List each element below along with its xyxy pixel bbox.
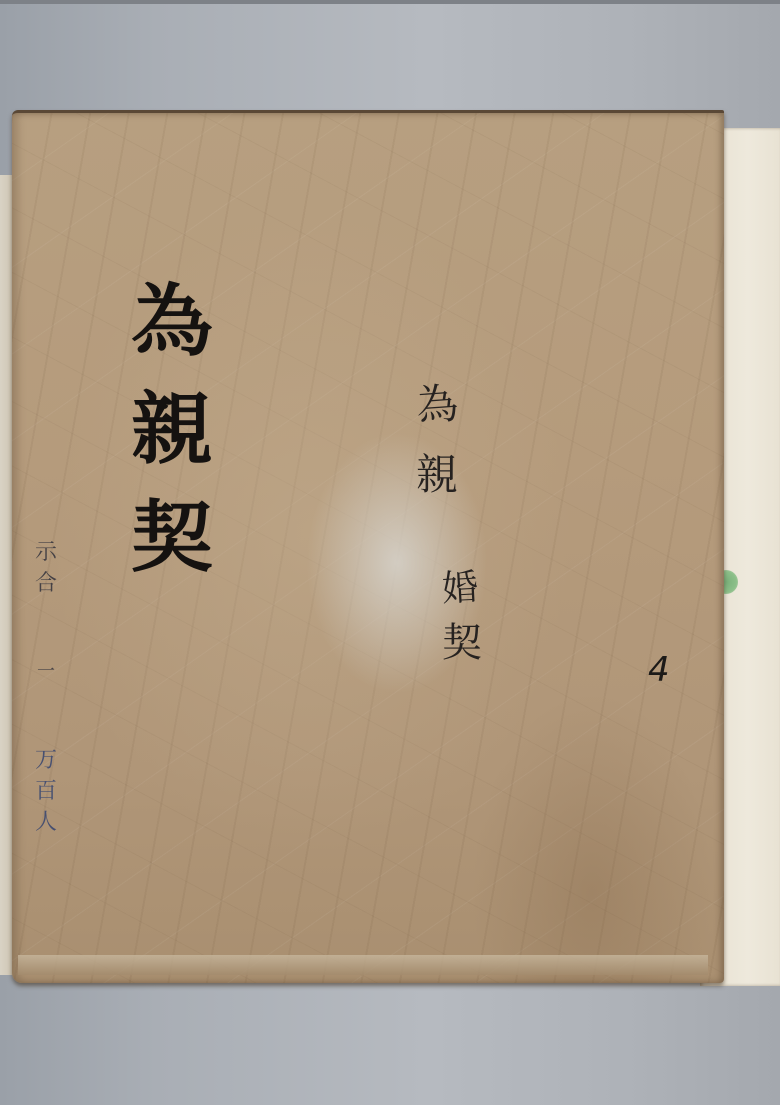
spine-mark: 合: [35, 566, 57, 597]
brush-title-char-3: 契: [131, 498, 213, 578]
handwritten-title-char-4: 契: [442, 611, 482, 668]
handwritten-title: 為 親 婚 契: [402, 372, 472, 668]
scanner-bed-edge: [0, 0, 780, 4]
handwritten-title-char-1: 為: [414, 371, 460, 434]
spine-mark: 人: [35, 805, 57, 836]
spine-mark: 百: [35, 774, 57, 805]
spine-notes: 示 合 一 万 百 人: [32, 535, 60, 836]
spine-mark: 万: [35, 743, 57, 774]
brush-title: 為 親 契: [112, 282, 232, 578]
cover-bottom-edge: [18, 955, 708, 975]
page-number: 4: [648, 650, 670, 690]
spine-mark: 一: [37, 657, 55, 683]
brush-title-char-1: 為: [131, 282, 213, 362]
handwritten-title-char-2: 親: [416, 442, 458, 502]
spine-mark: 示: [35, 535, 57, 566]
brush-title-char-2: 親: [131, 390, 213, 470]
handwritten-title-char-3: 婚: [441, 559, 480, 612]
